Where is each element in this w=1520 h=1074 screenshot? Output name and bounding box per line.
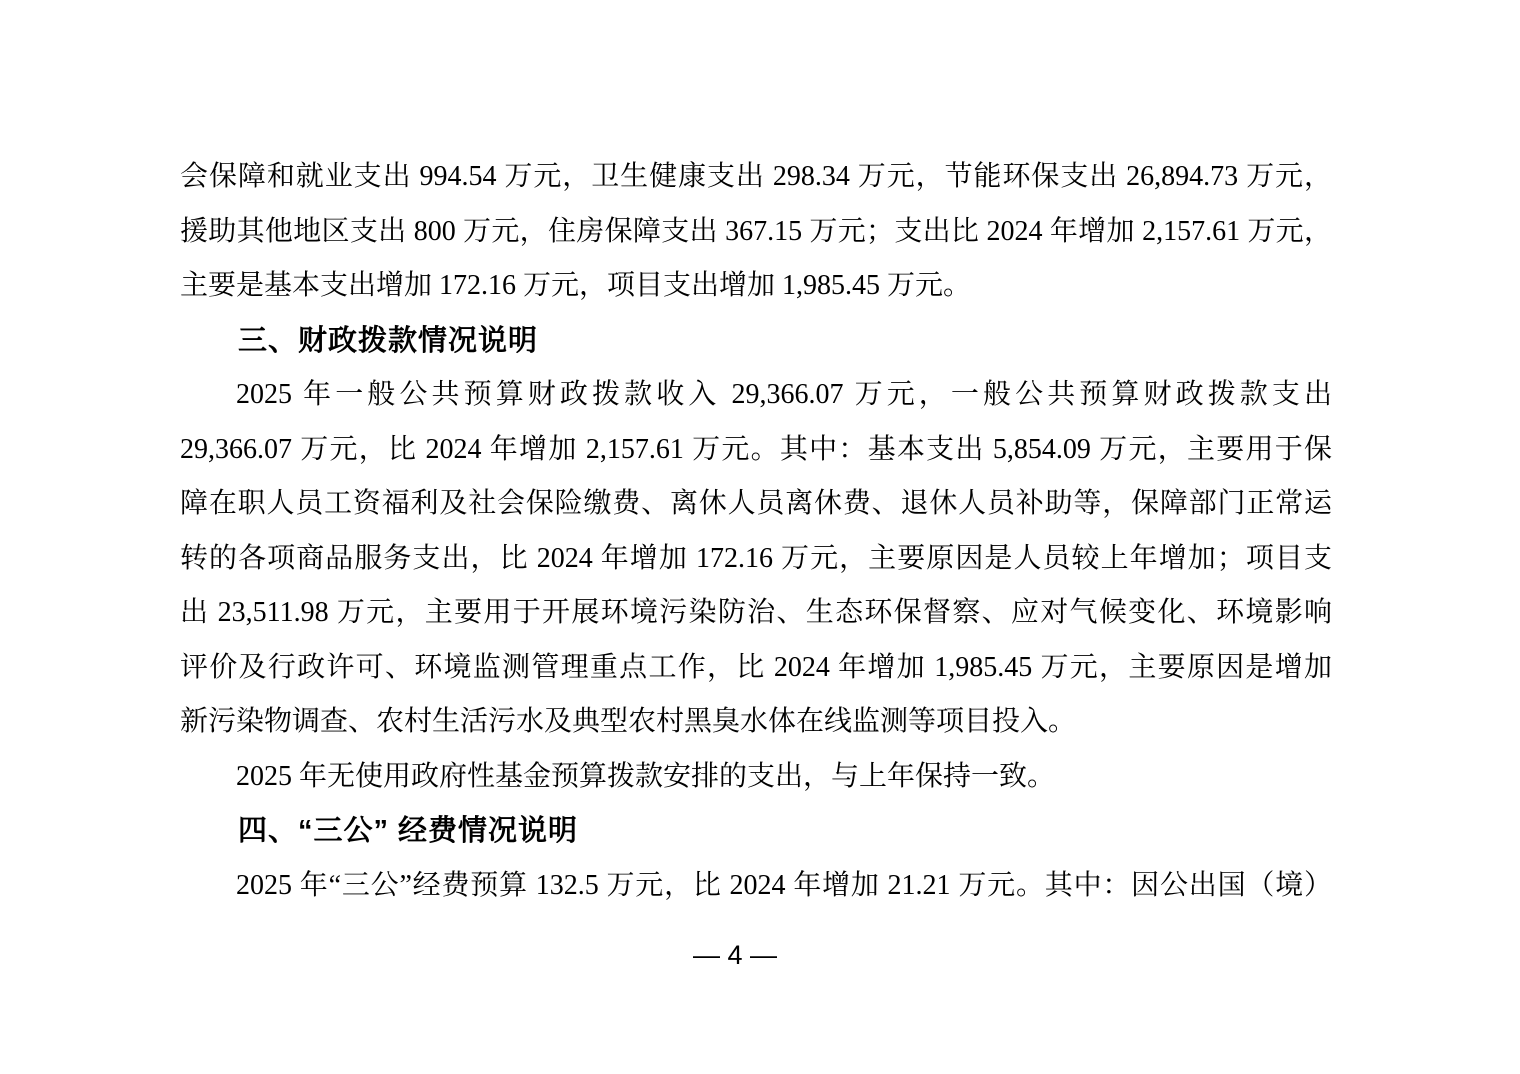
document-content: 会保障和就业支出 994.54 万元，卫生健康支出 298.34 万元，节能环保…	[180, 150, 1332, 913]
section-heading: 三、财政拨款情况说明	[180, 314, 1332, 369]
text-line: 援助其他地区支出 800 万元，住房保障支出 367.15 万元；支出比 202…	[180, 205, 1332, 260]
text-line: 出 23,511.98 万元，主要用于开展环境污染防治、生态环保督察、应对气候变…	[180, 586, 1332, 641]
text-line: 会保障和就业支出 994.54 万元，卫生健康支出 298.34 万元，节能环保…	[180, 150, 1332, 205]
section-heading: 四、“三公” 经费情况说明	[180, 804, 1332, 859]
text-line: 障在职人员工资福利及社会保险缴费、离休人员离休费、退休人员补助等，保障部门正常运	[180, 477, 1332, 532]
text-line: 29,366.07 万元，比 2024 年增加 2,157.61 万元。其中：基…	[180, 423, 1332, 478]
text-line: 主要是基本支出增加 172.16 万元，项目支出增加 1,985.45 万元。	[180, 259, 1332, 314]
text-line: 转的各项商品服务支出，比 2024 年增加 172.16 万元，主要原因是人员较…	[180, 532, 1332, 587]
text-line: 评价及行政许可、环境监测管理重点工作，比 2024 年增加 1,985.45 万…	[180, 641, 1332, 696]
text-line: 2025 年无使用政府性基金预算拨款安排的支出，与上年保持一致。	[180, 750, 1332, 805]
text-line: 2025 年一般公共预算财政拨款收入 29,366.07 万元，一般公共预算财政…	[180, 368, 1332, 423]
document-page: 会保障和就业支出 994.54 万元，卫生健康支出 298.34 万元，节能环保…	[0, 0, 1520, 1074]
text-line: 2025 年“三公”经费预算 132.5 万元，比 2024 年增加 21.21…	[180, 859, 1332, 914]
text-line: 新污染物调查、农村生活污水及典型农村黑臭水体在线监测等项目投入。	[180, 695, 1332, 750]
page-number: — 4 —	[180, 940, 1290, 971]
